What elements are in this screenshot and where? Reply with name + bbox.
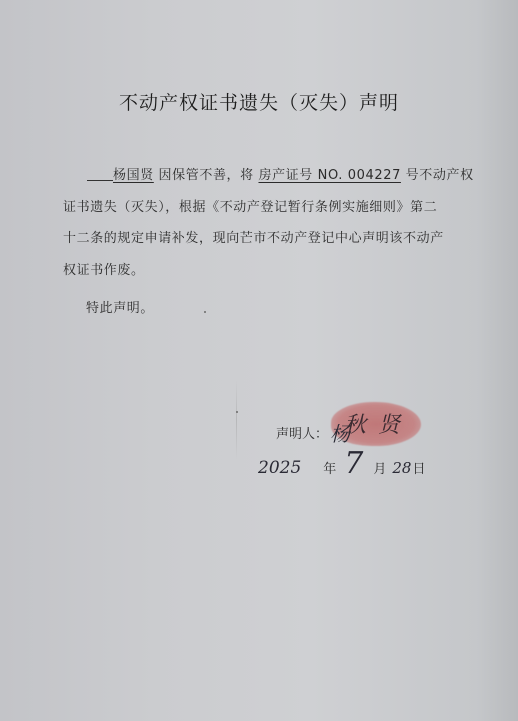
declarant-signature-row: 声明人： 杨 <box>276 418 354 447</box>
body-line-4: 权证书作废。 <box>63 255 473 287</box>
underline-blank <box>87 166 113 181</box>
body-text-a: 因保管不善，将 <box>154 168 259 183</box>
paper-fold-mark <box>236 380 237 460</box>
date-month-label: 月 <box>373 458 386 477</box>
seal-signature-text: 秋贤 <box>344 408 412 439</box>
date-day: 28 <box>392 459 411 477</box>
paper-speck <box>204 311 206 313</box>
date-day-label: 日 <box>412 458 425 477</box>
declaration-page: 不动产权证书遗失（灭失）声明 杨国贤 因保管不善，将 房产证号 NO. 0042… <box>0 0 518 721</box>
document-title: 不动产权证书遗失（灭失）声明 <box>0 88 518 115</box>
paper-speck <box>236 411 238 413</box>
declarant-label: 声明人： <box>276 423 328 442</box>
date-year-label: 年 <box>323 458 336 477</box>
certificate-number-field: 房产证号 NO. 004227 <box>258 168 400 183</box>
date-month: 7 <box>344 446 363 481</box>
owner-name-field: 杨国贤 <box>113 168 154 183</box>
closing-statement: 特此声明。 <box>86 297 154 316</box>
body-line-2: 证书遗失（灭失），根据《不动产登记暂行条例实施细则》第二 <box>63 192 473 224</box>
declaration-body: 杨国贤 因保管不善，将 房产证号 NO. 004227 号不动产权 证书遗失（灭… <box>63 160 473 286</box>
date-year: 2025 <box>258 458 301 478</box>
body-line-3: 十二条的规定申请补发，现向芒市不动产登记中心声明该不动产 <box>63 223 473 255</box>
body-text-b: 号不动产权 <box>401 168 474 183</box>
declaration-date: 2025 年 7 月 28 日 <box>258 446 426 481</box>
body-line-1: 杨国贤 因保管不善，将 房产证号 NO. 004227 号不动产权 <box>63 160 473 192</box>
